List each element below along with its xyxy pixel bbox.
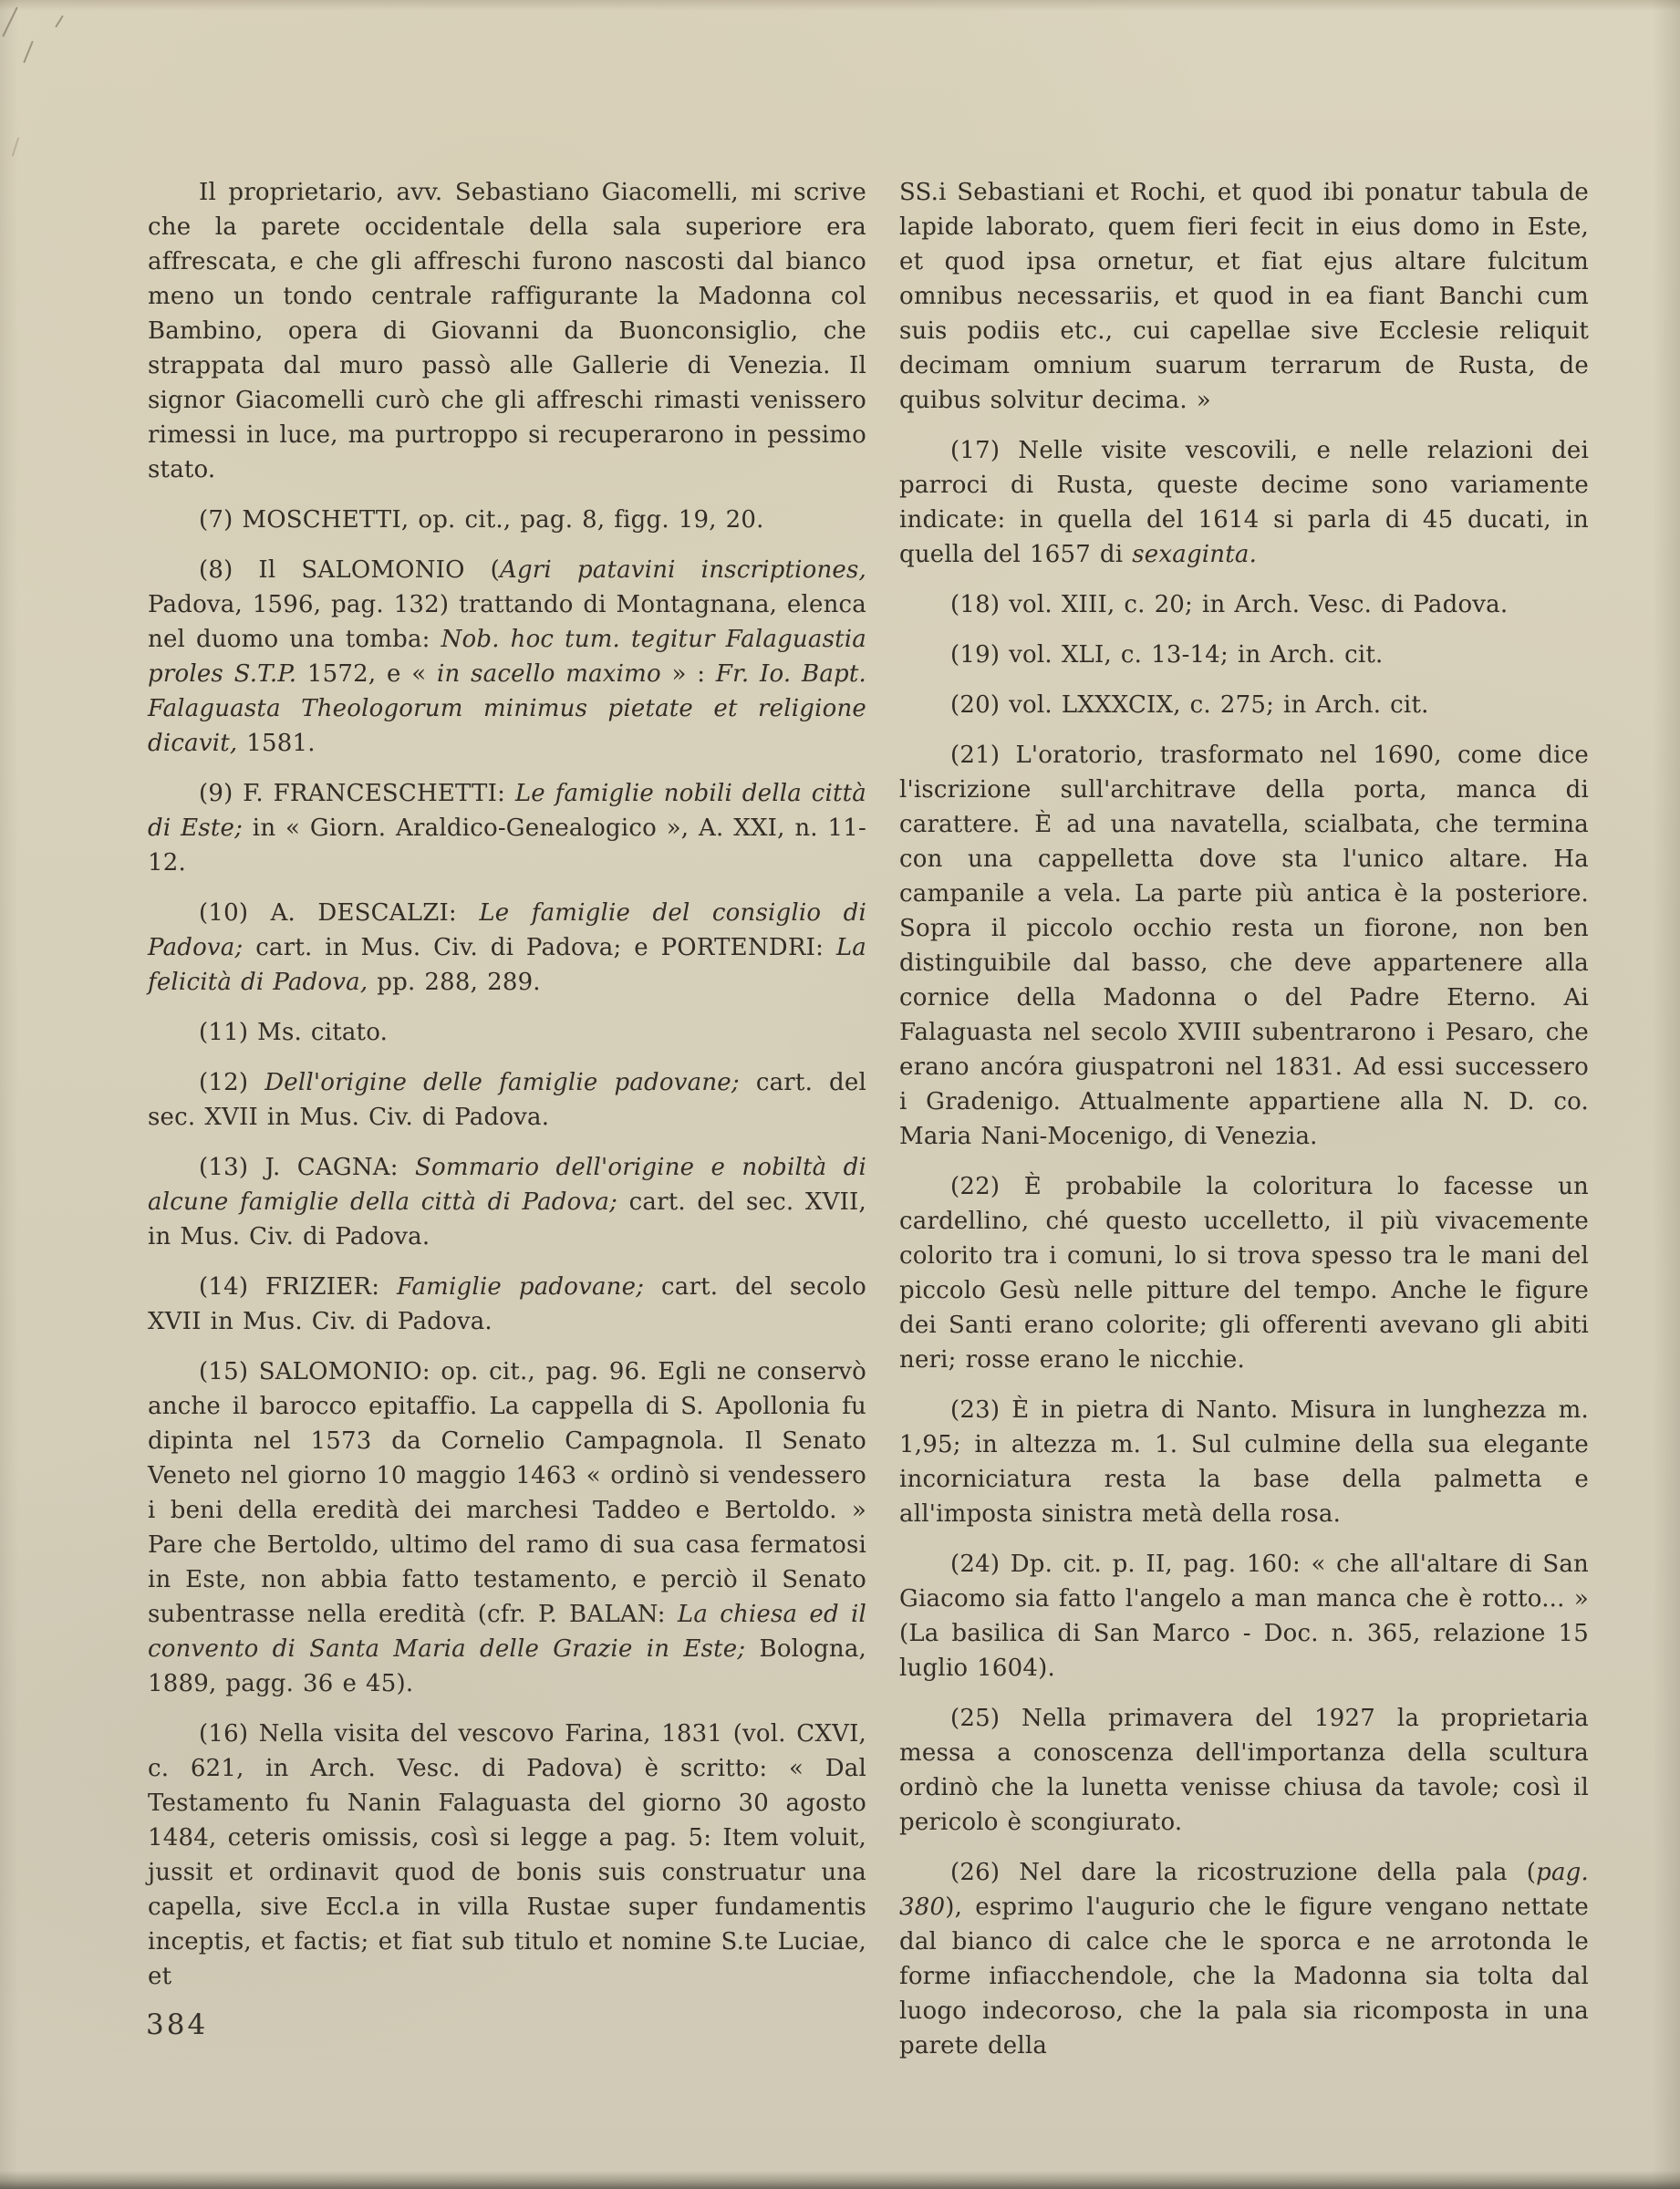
scan-scratch-mark [23, 41, 34, 64]
footnote-24: (24) Dp. cit. p. II, pag. 160: « che all… [899, 1547, 1589, 1686]
footnote-text-segment: 1572, e « [296, 660, 437, 688]
footnote-text-segment: (23) È in pietra di Nanto. Misura in lun… [899, 1396, 1589, 1528]
text-continuation-left: Il proprietario, avv. Sebastiano Giacome… [148, 175, 866, 487]
scan-scratch-mark [12, 137, 20, 157]
footnotes-column-right: SS.i Sebastiani et Rochi, et quod ibi po… [899, 175, 1589, 2079]
footnote-25: (25) Nella primavera del 1927 la proprie… [899, 1701, 1589, 1840]
footnote-text-segment: (21) L'oratorio, trasformato nel 1690, c… [899, 742, 1589, 1150]
scan-scratch-mark [2, 6, 18, 36]
footnote-8: (8) Il SALOMONIO (Agri patavini inscript… [148, 553, 866, 761]
footnote-text-segment: (9) F. FRANCESCHETTI: [199, 780, 515, 807]
footnote-text-segment: (11) Ms. citato. [199, 1019, 388, 1046]
footnote-text-segment: (12) [199, 1069, 264, 1096]
footnote-italic-segment: Agri patavini inscriptiones, [500, 556, 866, 584]
footnote-text-segment: (16) Nella visita del vescovo Farina, 18… [148, 1720, 866, 1990]
footnote-text-segment: (7) MOSCHETTI, op. cit., pag. 8, figg. 1… [199, 506, 764, 534]
footnote-text-segment: Il proprietario, avv. Sebastiano Giacome… [148, 179, 866, 483]
footnote-10: (10) A. DESCALZI: Le famiglie del consig… [148, 896, 866, 1000]
footnote-7: (7) MOSCHETTI, op. cit., pag. 8, figg. 1… [148, 503, 866, 537]
footnote-18: (18) vol. XIII, c. 20; in Arch. Vesc. di… [899, 587, 1589, 622]
footnote-23: (23) È in pietra di Nanto. Misura in lun… [899, 1393, 1589, 1531]
footnote-text-segment: ), esprimo l'augurio che le figure venga… [899, 1893, 1589, 2059]
footnote-21: (21) L'oratorio, trasformato nel 1690, c… [899, 738, 1589, 1154]
footnote-9: (9) F. FRANCESCHETTI: Le famiglie nobili… [148, 776, 866, 880]
footnote-13: (13) J. CAGNA: Sommario dell'origine e n… [148, 1150, 866, 1254]
scan-scratch-mark [55, 16, 64, 28]
book-page: Il proprietario, avv. Sebastiano Giacome… [0, 0, 1680, 2189]
page-number: 384 [146, 2008, 208, 2041]
footnote-text-segment: (14) FRIZIER: [199, 1273, 397, 1301]
footnote-text-segment: (24) Dp. cit. p. II, pag. 160: « che all… [899, 1551, 1589, 1682]
footnote-17: (17) Nelle visite vescovili, e nelle rel… [899, 433, 1589, 572]
footnote-text-segment: (26) Nel dare la ricostruzione della pal… [950, 1859, 1536, 1886]
footnote-22: (22) È probabile la coloritura lo facess… [899, 1169, 1589, 1377]
footnote-16: (16) Nella visita del vescovo Farina, 18… [148, 1717, 866, 1994]
footnote-text-segment: pp. 288, 289. [368, 969, 540, 996]
text-continuation-right: SS.i Sebastiani et Rochi, et quod ibi po… [899, 175, 1589, 418]
footnote-15: (15) SALOMONIO: op. cit., pag. 96. Egli … [148, 1354, 866, 1701]
footnote-text-segment: (10) A. DESCALZI: [199, 899, 479, 927]
footnote-26: (26) Nel dare la ricostruzione della pal… [899, 1855, 1589, 2063]
footnote-italic-segment: in sacello maximo [437, 660, 661, 688]
footnote-text-segment: (8) Il SALOMONIO ( [199, 556, 500, 584]
footnote-19: (19) vol. XLI, c. 13-14; in Arch. cit. [899, 638, 1589, 672]
footnote-text-segment: (22) È probabile la coloritura lo facess… [899, 1173, 1589, 1374]
footnote-text-segment: (13) J. CAGNA: [199, 1154, 415, 1181]
footnotes-column-left: Il proprietario, avv. Sebastiano Giacome… [148, 175, 866, 2009]
footnote-text-segment: » : [661, 660, 716, 688]
footnote-text-segment: (15) SALOMONIO: op. cit., pag. 96. Egli … [148, 1358, 866, 1628]
footnote-11: (11) Ms. citato. [148, 1015, 866, 1050]
footnote-italic-segment: Famiglie padovane; [397, 1273, 644, 1301]
footnote-text-segment: (20) vol. LXXXCIX, c. 275; in Arch. cit. [950, 691, 1429, 719]
footnote-14: (14) FRIZIER: Famiglie padovane; cart. d… [148, 1270, 866, 1339]
footnote-12: (12) Dell'origine delle famiglie padovan… [148, 1065, 866, 1135]
footnote-20: (20) vol. LXXXCIX, c. 275; in Arch. cit. [899, 688, 1589, 722]
footnote-text-segment: SS.i Sebastiani et Rochi, et quod ibi po… [899, 179, 1589, 414]
footnote-text-segment: (19) vol. XLI, c. 13-14; in Arch. cit. [950, 641, 1384, 669]
footnote-text-segment: cart. in Mus. Civ. di Padova; e PORTENDR… [243, 934, 835, 961]
footnote-text-segment: 1581. [237, 730, 315, 757]
footnote-text-segment: (18) vol. XIII, c. 20; in Arch. Vesc. di… [950, 591, 1508, 618]
footnote-text-segment: (25) Nella primavera del 1927 la proprie… [899, 1705, 1589, 1836]
footnote-text-segment: in « Giorn. Araldico-Genealogico », A. X… [148, 814, 866, 877]
footnote-italic-segment: sexaginta. [1132, 541, 1257, 568]
footnote-italic-segment: Dell'origine delle famiglie padovane; [264, 1069, 740, 1096]
